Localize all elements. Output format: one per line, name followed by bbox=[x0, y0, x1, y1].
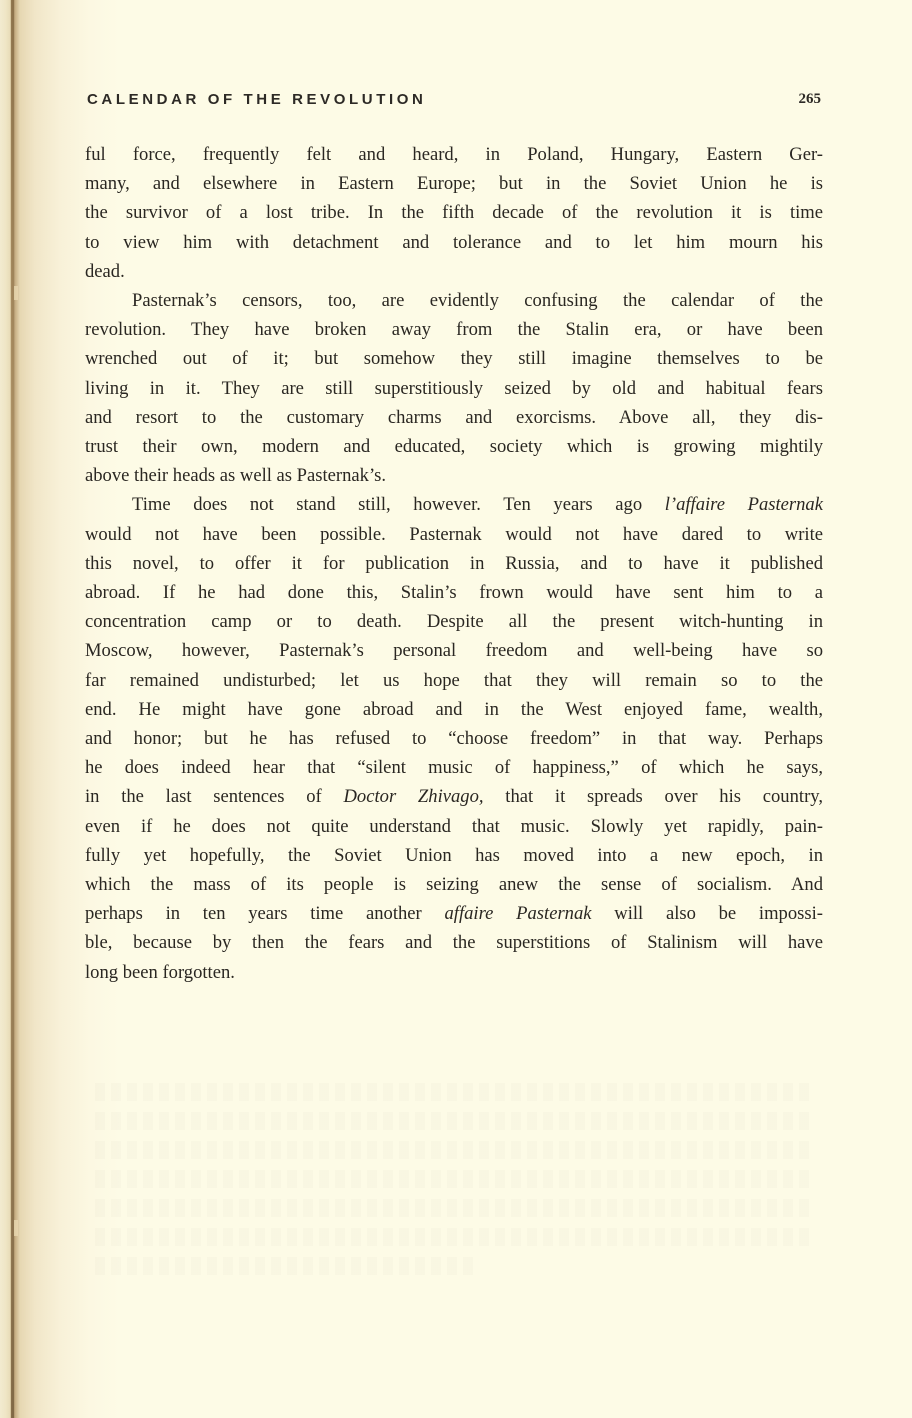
text-line: revolution. They have broken away from t… bbox=[85, 315, 823, 344]
italic-title: Doctor Zhivago, bbox=[344, 786, 484, 807]
text-line: Moscow, however, Pasternak’s personal fr… bbox=[85, 636, 823, 665]
text-line: far remained undisturbed; let us hope th… bbox=[85, 666, 823, 695]
text-line: wrenched out of it; but somehow they sti… bbox=[85, 344, 823, 373]
italic-title: l’affaire Pasternak bbox=[665, 494, 823, 515]
text-line: ful force, frequently felt and heard, in… bbox=[85, 140, 823, 169]
text-line: even if he does not quite understand tha… bbox=[85, 812, 823, 841]
gutter-mark bbox=[14, 286, 18, 300]
italic-title: affaire Pasternak bbox=[445, 903, 592, 924]
text-line: dead. bbox=[85, 257, 823, 286]
running-title: CALENDAR OF THE REVOLUTION bbox=[87, 91, 426, 108]
book-page: CALENDAR OF THE REVOLUTION 265 ful force… bbox=[0, 0, 912, 1418]
body-text: ful force, frequently felt and heard, in… bbox=[85, 140, 823, 987]
paragraph: Pasternak’s censors, too, are evidently … bbox=[85, 286, 823, 490]
text-line: many, and elsewhere in Eastern Europe; b… bbox=[85, 169, 823, 198]
text-line: which the mass of its people is seizing … bbox=[85, 870, 823, 899]
text-line: abroad. If he had done this, Stalin’s fr… bbox=[85, 578, 823, 607]
text-line: ble, because by then the fears and the s… bbox=[85, 928, 823, 957]
text-line: the survivor of a lost tribe. In the fif… bbox=[85, 198, 823, 227]
text-line: living in it. They are still superstitio… bbox=[85, 374, 823, 403]
show-through-text bbox=[95, 1141, 815, 1159]
text-line: above their heads as well as Pasternak’s… bbox=[85, 461, 823, 490]
show-through-text bbox=[95, 1257, 475, 1275]
text-line: and resort to the customary charms and e… bbox=[85, 403, 823, 432]
gutter-binding-edge bbox=[11, 0, 14, 1418]
show-through-text bbox=[95, 1199, 815, 1217]
gutter-mark bbox=[14, 1220, 18, 1236]
text-line: concentration camp or to death. Despite … bbox=[85, 607, 823, 636]
text-line: Pasternak’s censors, too, are evidently … bbox=[85, 286, 823, 315]
text-line: in the last sentences of Doctor Zhivago,… bbox=[85, 782, 823, 811]
text-line: Time does not stand still, however. Ten … bbox=[85, 490, 823, 519]
page-number: 265 bbox=[799, 91, 822, 108]
show-through-text bbox=[95, 1170, 815, 1188]
text-line: this novel, to offer it for publication … bbox=[85, 549, 823, 578]
paragraph: Time does not stand still, however. Ten … bbox=[85, 490, 823, 986]
text-line: he does indeed hear that “silent music o… bbox=[85, 753, 823, 782]
text-line: and honor; but he has refused to “choose… bbox=[85, 724, 823, 753]
text-line: perhaps in ten years time another affair… bbox=[85, 899, 823, 928]
show-through-text bbox=[95, 1112, 815, 1130]
text-line: fully yet hopefully, the Soviet Union ha… bbox=[85, 841, 823, 870]
text-line: end. He might have gone abroad and in th… bbox=[85, 695, 823, 724]
text-line: long been forgotten. bbox=[85, 958, 823, 987]
text-line: trust their own, modern and educated, so… bbox=[85, 432, 823, 461]
text-line: would not have been possible. Pasternak … bbox=[85, 520, 823, 549]
paragraph: ful force, frequently felt and heard, in… bbox=[85, 140, 823, 286]
show-through-text bbox=[95, 1083, 815, 1101]
text-line: to view him with detachment and toleranc… bbox=[85, 228, 823, 257]
running-head: CALENDAR OF THE REVOLUTION 265 bbox=[87, 91, 821, 113]
show-through-text bbox=[95, 1228, 815, 1246]
